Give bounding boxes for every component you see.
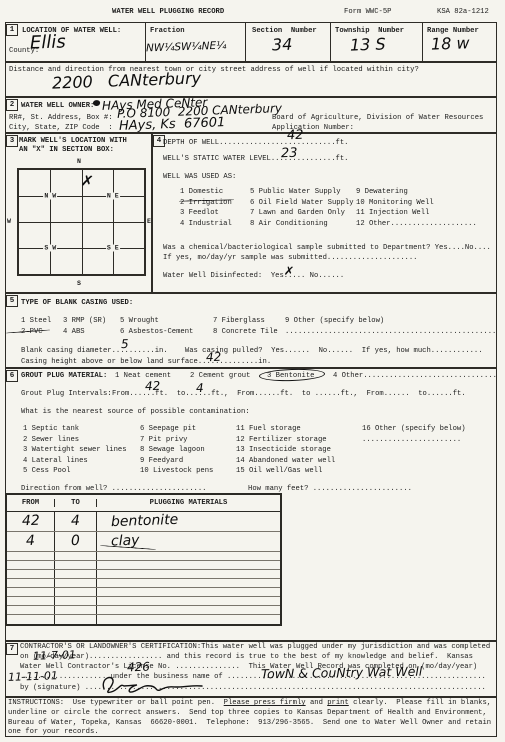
- section-3-title-line1: MARK WELL'S LOCATION WITH: [19, 137, 127, 146]
- list-item: 6 Seepage pit: [140, 424, 196, 435]
- list-item: 11 Fuel storage: [236, 424, 301, 435]
- grout-opt-cement-grout: 2 Cement grout: [190, 372, 250, 381]
- table-cell: [97, 579, 280, 587]
- col-header-to: TO: [55, 499, 97, 507]
- list-item: 8 Sewage lagoon: [140, 445, 205, 456]
- table-cell: [7, 615, 55, 624]
- static-water-level-line: WELL'S STATIC WATER LEVEL...............…: [163, 155, 348, 164]
- table-cell: [7, 606, 55, 614]
- table-cell: [97, 597, 280, 605]
- table-row: [7, 570, 280, 579]
- fraction-value: NW¼SW¼NE¼: [146, 41, 227, 54]
- list-item: 5 Cess Pool: [23, 466, 70, 477]
- depth-value: 42: [287, 129, 304, 143]
- table-cell: [97, 588, 280, 596]
- contamination-col4: 16 Other (specify below)................…: [362, 424, 466, 445]
- grid-line: [19, 222, 144, 223]
- plugging-materials-table: FROM TO PLUGGING MATERIALS 424bentonite4…: [5, 493, 282, 626]
- list-item: 9 Feedyard: [140, 456, 183, 467]
- handwritten-cell-value: 42: [21, 513, 39, 530]
- list-item: 3 Feedlot: [180, 208, 219, 219]
- county-value: Ellis: [30, 33, 66, 52]
- casing-opt-asbestos: 6 Asbestos-Cement: [120, 328, 193, 337]
- casing-diameter-line: Blank casing diameter..........in. Was c…: [21, 347, 483, 356]
- list-item: 10 Livestock pens: [140, 466, 213, 477]
- compass-south-label: S: [77, 280, 81, 287]
- list-item: 3 Watertight sewer lines: [23, 445, 127, 456]
- grid-nw-label: N W: [43, 193, 57, 200]
- business-name-value: TowN & CouNtry Wat Well: [261, 666, 422, 681]
- table-cell: [7, 561, 55, 569]
- interval-from-value: 42: [145, 380, 161, 393]
- list-item: .......................: [362, 435, 461, 446]
- list-item: 2 Sewer lines: [23, 435, 79, 446]
- section-5-title: TYPE OF BLANK CASING USED:: [21, 299, 133, 308]
- table-cell: [7, 597, 55, 605]
- list-item: 7 Lawn and Garden Only: [250, 208, 345, 219]
- well-used-as-label: WELL WAS USED AS:: [163, 173, 236, 182]
- static-level-value: 23: [281, 147, 298, 161]
- certification-line2: on (mo/day/year)................. and th…: [20, 653, 473, 662]
- table-cell: 42: [7, 512, 55, 531]
- section-1-number: 1: [6, 24, 18, 36]
- contamination-col2: 6 Seepage pit7 Pit privy8 Sewage lagoon9…: [140, 424, 213, 477]
- list-item: 5 Public Water Supply: [250, 187, 341, 198]
- handwritten-cell-value: bentonite: [111, 512, 179, 530]
- license-number-value: 426: [127, 661, 150, 674]
- date-record-value: 11-11-01: [8, 670, 58, 683]
- disinfected-line: Water Well Disinfected: Yes..... No.....…: [163, 272, 344, 281]
- grid-sw-label: S W: [43, 245, 57, 252]
- list-item: 4 Industrial: [180, 219, 232, 230]
- section-number-value: 34: [272, 37, 293, 54]
- instructions-paragraph: INSTRUCTIONS: Use typewriter or ball poi…: [8, 699, 493, 738]
- section-3-title-line2: AN "X" IN SECTION BOX:: [19, 146, 114, 155]
- list-item: 10 Monitoring Well: [356, 198, 434, 209]
- table-cell: [7, 588, 55, 596]
- divider: [422, 22, 423, 62]
- casing-opt-other: 9 Other (specify below): [285, 317, 384, 326]
- grid-ne-label: N E: [106, 193, 120, 200]
- grout-intervals-line: From......ft. to......ft., From......ft.…: [112, 390, 466, 399]
- table-row: [7, 552, 280, 561]
- table-cell: [55, 561, 97, 569]
- handwritten-cell-value: 4: [26, 533, 35, 549]
- divider: [245, 22, 246, 62]
- list-item: 13 Insecticide storage: [236, 445, 331, 456]
- table-cell: bentonite: [97, 512, 280, 531]
- use-list-col2: 5 Public Water Supply6 Oil Field Water S…: [250, 187, 354, 229]
- certification-line1: CONTRACTOR'S OR LANDOWNER'S CERTIFICATIO…: [20, 643, 490, 652]
- casing-opt-steel: 1 Steel: [21, 317, 51, 326]
- table-row: [7, 606, 280, 615]
- list-item: 4 Lateral lines: [23, 456, 88, 467]
- interval-to-value: 4: [196, 382, 204, 394]
- table-cell: 4: [7, 532, 55, 551]
- list-item: 14 Abandoned water well: [236, 456, 335, 467]
- list-item: 1 Domestic: [180, 187, 223, 198]
- form-title: WATER WELL PLUGGING RECORD: [112, 8, 224, 17]
- city-state-zip-value: HAys, Ks 67601: [119, 116, 226, 133]
- table-row: 424bentonite: [7, 512, 280, 532]
- list-item: 12 Other....................: [356, 219, 477, 230]
- plugging-table-rows: 424bentonite40clay: [7, 512, 280, 624]
- casing-height-line: Casing height above or below land surfac…: [21, 358, 271, 367]
- water-well-plugging-record-form: WATER WELL PLUGGING RECORD Form WWC-5P K…: [0, 0, 505, 742]
- instructions-text: INSTRUCTIONS: Use typewriter or ball poi…: [8, 699, 224, 707]
- depth-of-well-line: DEPTH OF WELL...........................…: [163, 139, 348, 148]
- certification-line5: by (signature) .........................…: [20, 684, 486, 693]
- table-cell: [55, 588, 97, 596]
- casing-opt-abs: 4 ABS: [63, 328, 85, 337]
- table-cell: [55, 579, 97, 587]
- table-cell: [55, 570, 97, 578]
- section-3-number: 3: [6, 135, 18, 147]
- list-item: 9 Dewatering: [356, 187, 408, 198]
- table-row: [7, 597, 280, 606]
- table-cell: [97, 561, 280, 569]
- handwritten-cell-value: 0: [71, 533, 80, 549]
- table-cell: 4: [55, 512, 97, 531]
- grout-opt-neat-cement: 1 Neat cement: [115, 372, 171, 381]
- table-cell: clay: [97, 532, 280, 551]
- list-item: 16 Other (specify below): [362, 424, 466, 435]
- range-number-value: 18 w: [431, 35, 470, 52]
- table-row: [7, 561, 280, 570]
- owner-label: WATER WELL OWNER:: [21, 102, 94, 111]
- table-cell: [55, 615, 97, 624]
- col-header-materials: PLUGGING MATERIALS: [97, 499, 280, 507]
- casing-other-blank: ........................................…: [285, 328, 496, 337]
- table-cell: [97, 570, 280, 578]
- table-cell: [55, 597, 97, 605]
- section-7-number: 7: [6, 643, 18, 655]
- table-row: [7, 588, 280, 597]
- use-list-col3: 9 Dewatering10 Monitoring Well11 Injecti…: [356, 187, 477, 229]
- section-6-title: GROUT PLUG MATERIAL:: [21, 372, 107, 381]
- casing-opt-rmp: 3 RMP (SR): [63, 317, 106, 326]
- table-row: [7, 579, 280, 588]
- table-row: [7, 615, 280, 624]
- table-cell: [97, 606, 280, 614]
- section-location-grid: N W N E S W S E ✗: [17, 168, 146, 276]
- table-cell: 0: [55, 532, 97, 551]
- list-item: 7 Pit privy: [140, 435, 187, 446]
- chemical-sample-question: Was a chemical/bacteriological sample su…: [163, 244, 491, 253]
- township-number-value: 13 S: [350, 36, 386, 53]
- table-header-row: FROM TO PLUGGING MATERIALS: [7, 495, 280, 512]
- table-cell: [7, 552, 55, 560]
- table-cell: [97, 552, 280, 560]
- list-item: 6 Oil Field Water Supply: [250, 198, 354, 209]
- statute-number: KSA 82a-1212: [437, 8, 489, 17]
- signature: [95, 673, 210, 697]
- grid-line: [19, 248, 144, 249]
- agency-text: Board of Agriculture, Division of Water …: [272, 114, 483, 123]
- table-cell: [97, 615, 280, 624]
- disinfected-yes-mark: ✗: [283, 265, 294, 278]
- instructions-underlined-press-firmly: Please press firmly: [224, 699, 306, 707]
- compass-north-label: N: [77, 158, 81, 165]
- casing-opt-concrete: 8 Concrete Tile: [213, 328, 278, 337]
- contamination-question: What is the nearest source of possible c…: [21, 408, 250, 417]
- contamination-col1: 1 Septic tank2 Sewer lines3 Watertight s…: [23, 424, 127, 477]
- compass-east-label: E: [147, 218, 151, 225]
- application-number-label: Application Number:: [272, 124, 354, 133]
- list-item: 1 Septic tank: [23, 424, 79, 435]
- table-cell: [7, 579, 55, 587]
- fraction-label: Fraction: [150, 27, 185, 36]
- casing-opt-fiberglass: 7 Fiberglass: [213, 317, 265, 326]
- contamination-col3: 11 Fuel storage12 Fertilizer storage13 I…: [236, 424, 335, 477]
- grid-se-label: S E: [106, 245, 120, 252]
- form-number: Form WWC-5P: [344, 8, 391, 17]
- list-item: 8 Air Conditioning: [250, 219, 328, 230]
- instructions-text: and: [306, 699, 328, 707]
- table-cell: [7, 570, 55, 578]
- well-location-x-mark: ✗: [80, 173, 95, 190]
- address-label: RR#, St. Address, Box #:: [9, 114, 113, 123]
- handwritten-cell-value: 4: [71, 513, 80, 529]
- section-5-number: 5: [6, 295, 18, 307]
- grout-opt-other: 4 Other...............................: [333, 372, 497, 381]
- list-item: 11 Injection Well: [356, 208, 429, 219]
- chemical-sample-date-line: If yes, mo/day/yr sample was submitted..…: [163, 254, 417, 263]
- casing-opt-wrought: 5 Wrought: [120, 317, 159, 326]
- list-item: 15 Oil well/Gas well: [236, 466, 322, 477]
- casing-diameter-value: 5: [121, 338, 129, 350]
- casing-height-value: 42: [206, 351, 222, 364]
- section-2-number: 2: [6, 99, 18, 111]
- table-cell: [55, 552, 97, 560]
- col-header-from: FROM: [7, 499, 55, 507]
- compass-west-label: W: [7, 218, 11, 225]
- grout-intervals-label: Grout Plug Intervals:: [21, 390, 112, 399]
- table-cell: [55, 606, 97, 614]
- use-list-col1: 1 Domestic2 Irrigation3 Feedlot4 Industr…: [180, 187, 232, 229]
- grid-line: [19, 196, 144, 197]
- city-state-zip-label: City, State, ZIP Code :: [9, 124, 113, 133]
- section-6-number: 6: [6, 370, 18, 382]
- instructions-underlined-print: print: [327, 699, 349, 707]
- date-plugged-value: 11-7-01: [33, 649, 76, 661]
- divider: [330, 22, 331, 62]
- list-item: 12 Fertilizer storage: [236, 435, 327, 446]
